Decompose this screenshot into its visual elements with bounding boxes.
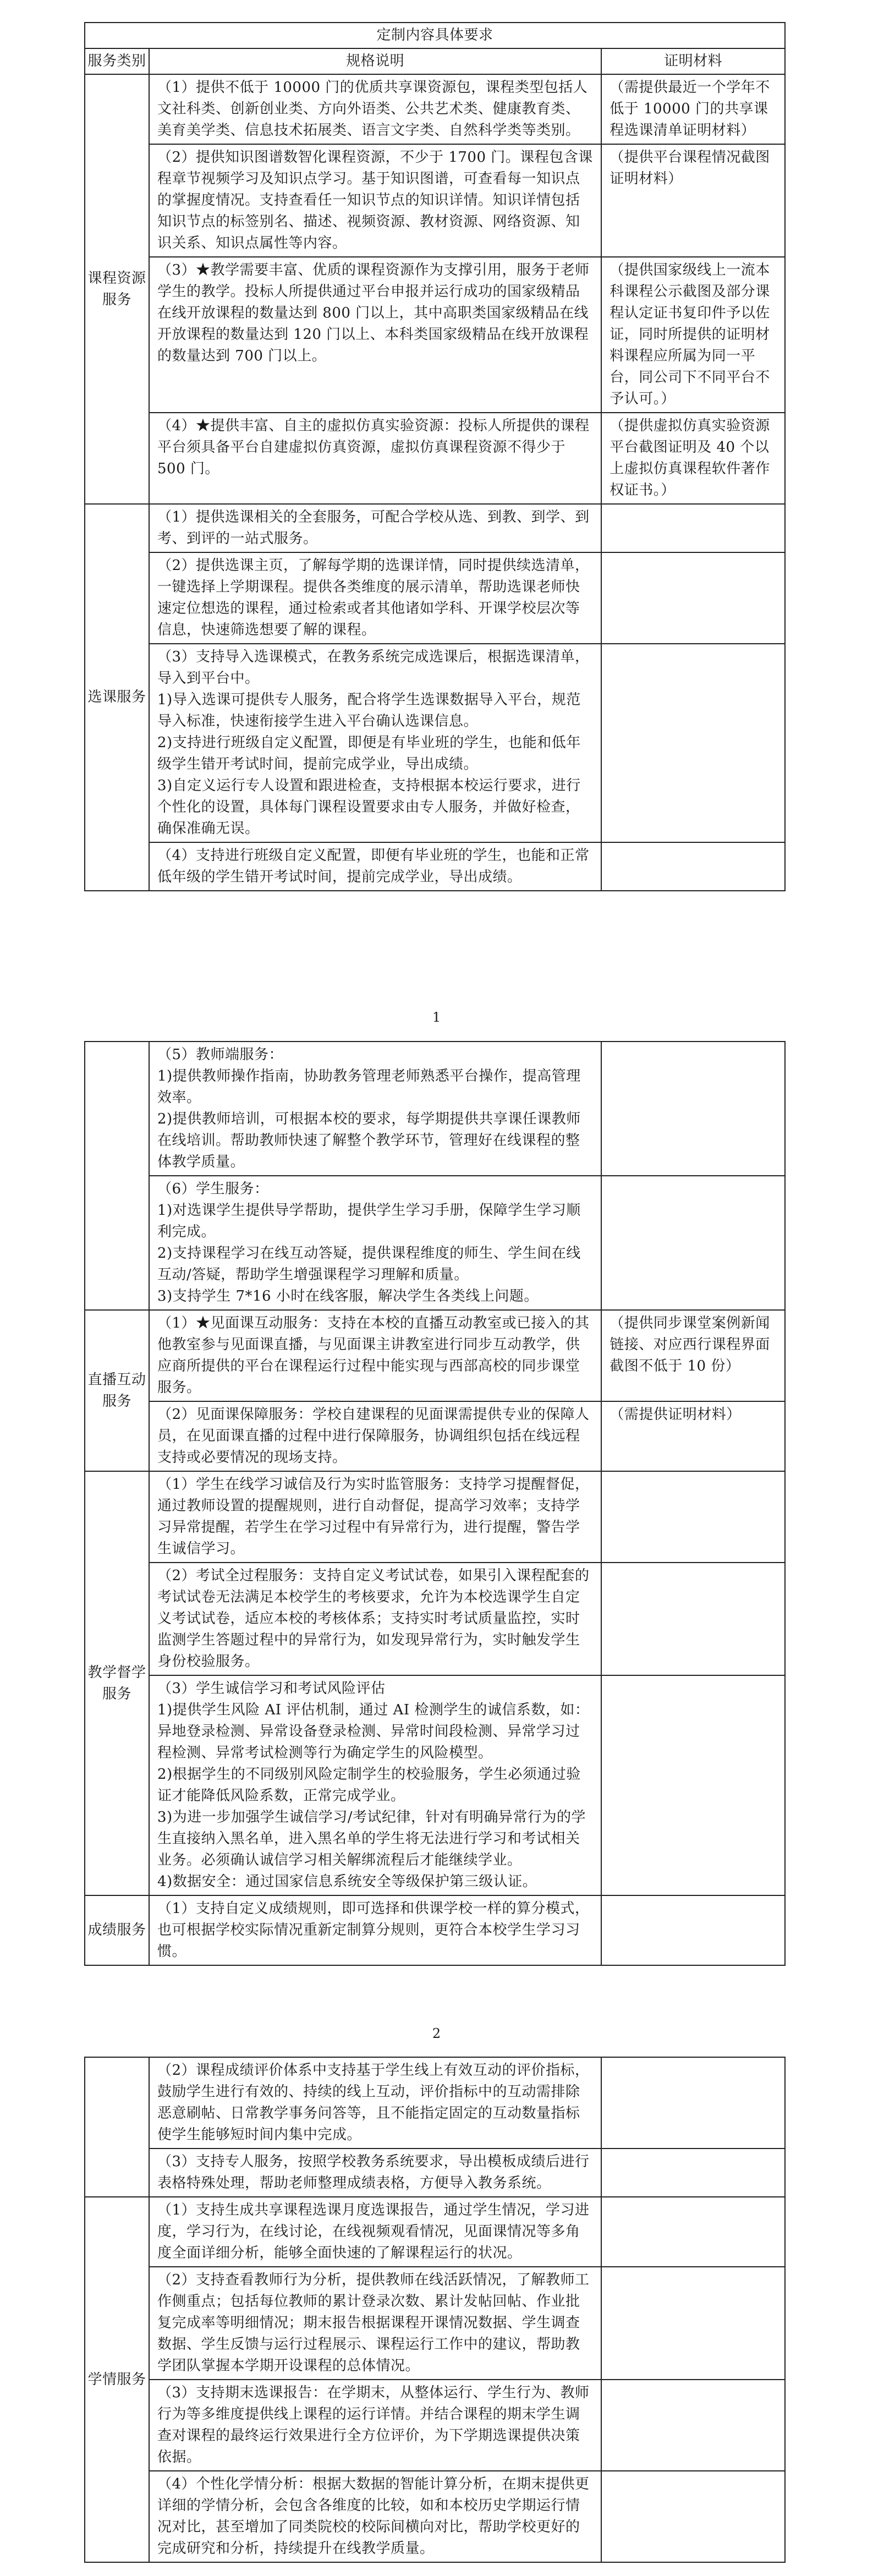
proof-cell [601, 1895, 785, 1965]
spec-paragraph: （2）提供选课主页，了解每学期的选课详情，同时提供续选清单，一键选择上学期课程。… [157, 555, 593, 641]
table-row: （2）见面课保障服务：学校自建课程的见面课需提供专业的保障人员，在见面课直播的过… [85, 1401, 785, 1471]
spec-paragraph: （3）学生诚信学习和考试风险评估 [157, 1678, 593, 1700]
proof-cell [601, 2380, 785, 2471]
proof-cell: （需提供最近一个学年不低于 10000 门的共享课程选课清单证明材料） [601, 74, 785, 144]
proof-cell [601, 2197, 785, 2267]
proof-cell [601, 552, 785, 644]
spec-cell: （3）★教学需要丰富、优质的课程资源作为支撑引用，服务于老师学生的教学。投标人所… [149, 257, 601, 413]
requirements-table-page-1: 定制内容具体要求 服务类别 规格说明 证明材料 课程资源服务 （1）提供不低于 … [84, 22, 786, 891]
header-proof: 证明材料 [601, 48, 785, 74]
spec-cell: （1）提供选课相关的全套服务，可配合学校从选、到教、到学、到考、到评的一站式服务… [149, 504, 601, 552]
spec-subitem: 2)支持进行班级自定义配置，即便是有毕业班的学生，也能和低年级学生错开考试时间，… [157, 732, 593, 775]
proof-cell [601, 1675, 785, 1895]
spec-cell: （6）学生服务： 1)对选课学生提供导学帮助，提供学生学习手册，保障学生学习顺利… [149, 1176, 601, 1310]
spec-cell: （4）支持进行班级自定义配置，即便有毕业班的学生，也能和正常低年级的学生错开考试… [149, 842, 601, 891]
table-row: （5）教师端服务： 1)提供教师操作指南，协助教务管理老师熟悉平台操作，提高管理… [85, 1042, 785, 1176]
header-category: 服务类别 [85, 48, 149, 74]
spec-paragraph: （1）提供选课相关的全套服务，可配合学校从选、到教、到学、到考、到评的一站式服务… [157, 507, 593, 550]
table-row: （3）支持期末选课报告：在学期末，从整体运行、学生行为、教师行为等多维度提供线上… [85, 2380, 785, 2471]
spec-subitem: 3)自定义运行专人设置和跟进检查，支持根据本校运行要求，进行个性化的设置，具体每… [157, 775, 593, 840]
requirements-table-page-3: （2）课程成绩评价体系中支持基于学生线上有效互动的评价指标，鼓励学生进行有效的、… [84, 2057, 786, 2563]
category-cell: 学情服务 [85, 2197, 149, 2562]
table-row: （3）支持专人服务，按照学校教务系统要求，导出模板成绩后进行表格特殊处理，帮助老… [85, 2149, 785, 2197]
spec-paragraph: （1）★见面课互动服务：支持在本校的直播互动教室或已接入的其他教室参与见面课直播… [157, 1313, 593, 1399]
spec-paragraph: （4）支持进行班级自定义配置，即便有毕业班的学生，也能和正常低年级的学生错开考试… [157, 845, 593, 888]
spec-paragraph: （1）支持自定义成绩规则，即可选择和供课学校一样的算分模式，也可根据学校实际情况… [157, 1898, 593, 1963]
spec-cell: （2）提供选课主页，了解每学期的选课详情，同时提供续选清单，一键选择上学期课程。… [149, 552, 601, 644]
spec-paragraph: （4）个性化学情分析：根据大数据的智能计算分析，在期末提供更详细的学情分析，会包… [157, 2474, 593, 2559]
spec-cell: （2）见面课保障服务：学校自建课程的见面课需提供专业的保障人员，在见面课直播的过… [149, 1401, 601, 1471]
category-cell [85, 2057, 149, 2197]
spec-paragraph: （2）考试全过程服务：支持自定义考试试卷，如果引入课程配套的考试试卷无法满足本校… [157, 1565, 593, 1673]
spec-paragraph: （3）支持专人服务，按照学校教务系统要求，导出模板成绩后进行表格特殊处理，帮助老… [157, 2151, 593, 2194]
spec-subitem: 1)对选课学生提供导学帮助，提供学生学习手册，保障学生学习顺利完成。 [157, 1200, 593, 1243]
spec-cell: （3）支持专人服务，按照学校教务系统要求，导出模板成绩后进行表格特殊处理，帮助老… [149, 2149, 601, 2197]
table-row: 课程资源服务 （1）提供不低于 10000 门的优质共享课资源包，课程类型包括人… [85, 74, 785, 144]
table-row: （2）支持查看教师行为分析，提供教师在线活跃情况，了解教师工作侧重点；包括每位教… [85, 2267, 785, 2380]
spec-cell: （1）学生在线学习诚信及行为实时监管服务：支持学习提醒督促，通过教师设置的提醒规… [149, 1471, 601, 1563]
table-row: 成绩服务 （1）支持自定义成绩规则，即可选择和供课学校一样的算分模式，也可根据学… [85, 1895, 785, 1965]
page-number: 2 [0, 2026, 873, 2041]
spec-paragraph: （1）学生在线学习诚信及行为实时监管服务：支持学习提醒督促，通过教师设置的提醒规… [157, 1474, 593, 1560]
spec-subitem: 1)导入选课可提供专人服务，配合将学生选课数据导入平台，规范导入标准，快速衔接学… [157, 689, 593, 732]
spec-cell: （4）★提供丰富、自主的虚拟仿真实验资源：投标人所提供的课程平台须具备平台自建虚… [149, 413, 601, 504]
proof-cell [601, 1471, 785, 1563]
proof-cell [601, 644, 785, 842]
spec-cell: （1）支持自定义成绩规则，即可选择和供课学校一样的算分模式，也可根据学校实际情况… [149, 1895, 601, 1965]
spec-cell: （2）提供知识图谱数智化课程资源，不少于 1700 门。课程包含课程章节视频学习… [149, 144, 601, 257]
table-row: 学情服务 （1）支持生成共享课程选课月度选课报告，通过学生情况，学习进度，学习行… [85, 2197, 785, 2267]
spec-paragraph: （6）学生服务： [157, 1179, 593, 1200]
spec-cell: （2）考试全过程服务：支持自定义考试试卷，如果引入课程配套的考试试卷无法满足本校… [149, 1563, 601, 1675]
proof-cell [601, 2149, 785, 2197]
proof-cell [601, 1042, 785, 1176]
spec-subitem: 1)提供学生风险 AI 评估机制，通过 AI 检测学生的诚信系数，如：异地登录检… [157, 1700, 593, 1764]
spec-cell: （1）提供不低于 10000 门的优质共享课资源包，课程类型包括人文社科类、创新… [149, 74, 601, 144]
spec-paragraph: （2）提供知识图谱数智化课程资源，不少于 1700 门。课程包含课程章节视频学习… [157, 147, 593, 254]
proof-cell: （提供国家级线上一流本科课程公示截图及部分课程认定证书复印件予以佐证，同时所提供… [601, 257, 785, 413]
table-row: （6）学生服务： 1)对选课学生提供导学帮助，提供学生学习手册，保障学生学习顺利… [85, 1176, 785, 1310]
table-row: （3）★教学需要丰富、优质的课程资源作为支撑引用，服务于老师学生的教学。投标人所… [85, 257, 785, 413]
spec-cell: （2）支持查看教师行为分析，提供教师在线活跃情况，了解教师工作侧重点；包括每位教… [149, 2267, 601, 2380]
spec-paragraph: （3）支持导入选课模式，在教务系统完成选课后，根据选课清单，导入到平台中。 [157, 646, 593, 689]
table-row: 教学督学服务 （1）学生在线学习诚信及行为实时监管服务：支持学习提醒督促，通过教… [85, 1471, 785, 1563]
table-title: 定制内容具体要求 [85, 23, 785, 48]
proof-cell [601, 1563, 785, 1675]
spec-subitem: 1)提供教师操作指南，协助教务管理老师熟悉平台操作，提高管理效率。 [157, 1066, 593, 1109]
spec-cell: （3）学生诚信学习和考试风险评估 1)提供学生风险 AI 评估机制，通过 AI … [149, 1675, 601, 1895]
proof-cell [601, 2057, 785, 2149]
spec-subitem: 2)支持课程学习在线互动答疑，提供课程维度的师生、学生间在线互动/答疑，帮助学生… [157, 1243, 593, 1286]
spec-cell: （2）课程成绩评价体系中支持基于学生线上有效互动的评价指标，鼓励学生进行有效的、… [149, 2057, 601, 2149]
proof-cell [601, 504, 785, 552]
table-row: （2）提供选课主页，了解每学期的选课详情，同时提供续选清单，一键选择上学期课程。… [85, 552, 785, 644]
page-number: 1 [0, 1010, 873, 1025]
spec-cell: （1）支持生成共享课程选课月度选课报告，通过学生情况，学习进度，学习行为，在线讨… [149, 2197, 601, 2267]
table-row: （4）★提供丰富、自主的虚拟仿真实验资源：投标人所提供的课程平台须具备平台自建虚… [85, 413, 785, 504]
proof-cell [601, 2267, 785, 2380]
category-cell [85, 1042, 149, 1310]
category-cell: 课程资源服务 [85, 74, 149, 504]
spec-cell: （3）支持期末选课报告：在学期末，从整体运行、学生行为、教师行为等多维度提供线上… [149, 2380, 601, 2471]
spec-subitem: 3)为进一步加强学生诚信学习/考试纪律，针对有明确异常行为的学生直接纳入黑名单，… [157, 1807, 593, 1871]
spec-paragraph: （3）支持期末选课报告：在学期末，从整体运行、学生行为、教师行为等多维度提供线上… [157, 2382, 593, 2468]
spec-paragraph: （2）支持查看教师行为分析，提供教师在线活跃情况，了解教师工作侧重点；包括每位教… [157, 2270, 593, 2377]
spec-subitem: 2)提供教师培训，可根据本校的要求，每学期提供共享课任课教师在线培训。帮助教师快… [157, 1109, 593, 1173]
proof-cell [601, 842, 785, 891]
table-row: （4）个性化学情分析：根据大数据的智能计算分析，在期末提供更详细的学情分析，会包… [85, 2471, 785, 2562]
table-row: （2）考试全过程服务：支持自定义考试试卷，如果引入课程配套的考试试卷无法满足本校… [85, 1563, 785, 1675]
spec-cell: （5）教师端服务： 1)提供教师操作指南，协助教务管理老师熟悉平台操作，提高管理… [149, 1042, 601, 1176]
requirements-table-page-2: （5）教师端服务： 1)提供教师操作指南，协助教务管理老师熟悉平台操作，提高管理… [84, 1041, 786, 1966]
proof-cell: （提供同步课堂案例新闻链接、对应西行课程界面截图不低于 10 份） [601, 1310, 785, 1401]
proof-cell [601, 1176, 785, 1310]
proof-cell [601, 2471, 785, 2562]
table-row: （4）支持进行班级自定义配置，即便有毕业班的学生，也能和正常低年级的学生错开考试… [85, 842, 785, 891]
spec-cell: （4）个性化学情分析：根据大数据的智能计算分析，在期末提供更详细的学情分析，会包… [149, 2471, 601, 2562]
table-row: 直播互动服务 （1）★见面课互动服务：支持在本校的直播互动教室或已接入的其他教室… [85, 1310, 785, 1401]
table-row: （3）学生诚信学习和考试风险评估 1)提供学生风险 AI 评估机制，通过 AI … [85, 1675, 785, 1895]
table-row: （2）提供知识图谱数智化课程资源，不少于 1700 门。课程包含课程章节视频学习… [85, 144, 785, 257]
spec-paragraph: （5）教师端服务： [157, 1044, 593, 1066]
category-cell: 直播互动服务 [85, 1310, 149, 1471]
category-cell: 选课服务 [85, 504, 149, 891]
proof-cell: （提供平台课程情况截图证明材料） [601, 144, 785, 257]
proof-cell: （提供虚拟仿真实验资源平台截图证明及 40 个以上虚拟仿真课程软件著作权证书。） [601, 413, 785, 504]
proof-cell: （需提供证明材料） [601, 1401, 785, 1471]
header-spec: 规格说明 [149, 48, 601, 74]
spec-subitem: 4)数据安全：通过国家信息系统安全等级保护第三级认证。 [157, 1871, 593, 1893]
spec-subitem: 3)支持学生 7*16 小时在线客服，解决学生各类线上问题。 [157, 1286, 593, 1307]
table-row: （3）支持导入选课模式，在教务系统完成选课后，根据选课清单，导入到平台中。 1)… [85, 644, 785, 842]
spec-cell: （3）支持导入选课模式，在教务系统完成选课后，根据选课清单，导入到平台中。 1)… [149, 644, 601, 842]
spec-paragraph: （2）课程成绩评价体系中支持基于学生线上有效互动的评价指标，鼓励学生进行有效的、… [157, 2060, 593, 2146]
table-row: 选课服务 （1）提供选课相关的全套服务，可配合学校从选、到教、到学、到考、到评的… [85, 504, 785, 552]
category-cell: 成绩服务 [85, 1895, 149, 1965]
table-row: （2）课程成绩评价体系中支持基于学生线上有效互动的评价指标，鼓励学生进行有效的、… [85, 2057, 785, 2149]
spec-paragraph: （2）见面课保障服务：学校自建课程的见面课需提供专业的保障人员，在见面课直播的过… [157, 1404, 593, 1468]
spec-paragraph: （3）★教学需要丰富、优质的课程资源作为支撑引用，服务于老师学生的教学。投标人所… [157, 260, 593, 367]
category-cell: 教学督学服务 [85, 1471, 149, 1895]
spec-paragraph: （1）支持生成共享课程选课月度选课报告，通过学生情况，学习进度，学习行为，在线讨… [157, 2200, 593, 2264]
spec-cell: （1）★见面课互动服务：支持在本校的直播互动教室或已接入的其他教室参与见面课直播… [149, 1310, 601, 1401]
spec-paragraph: （1）提供不低于 10000 门的优质共享课资源包，课程类型包括人文社科类、创新… [157, 77, 593, 141]
spec-subitem: 2)根据学生的不同级别风险定制学生的校验服务，学生必须通过验证才能降低风险系数，… [157, 1764, 593, 1807]
spec-paragraph: （4）★提供丰富、自主的虚拟仿真实验资源：投标人所提供的课程平台须具备平台自建虚… [157, 415, 593, 480]
